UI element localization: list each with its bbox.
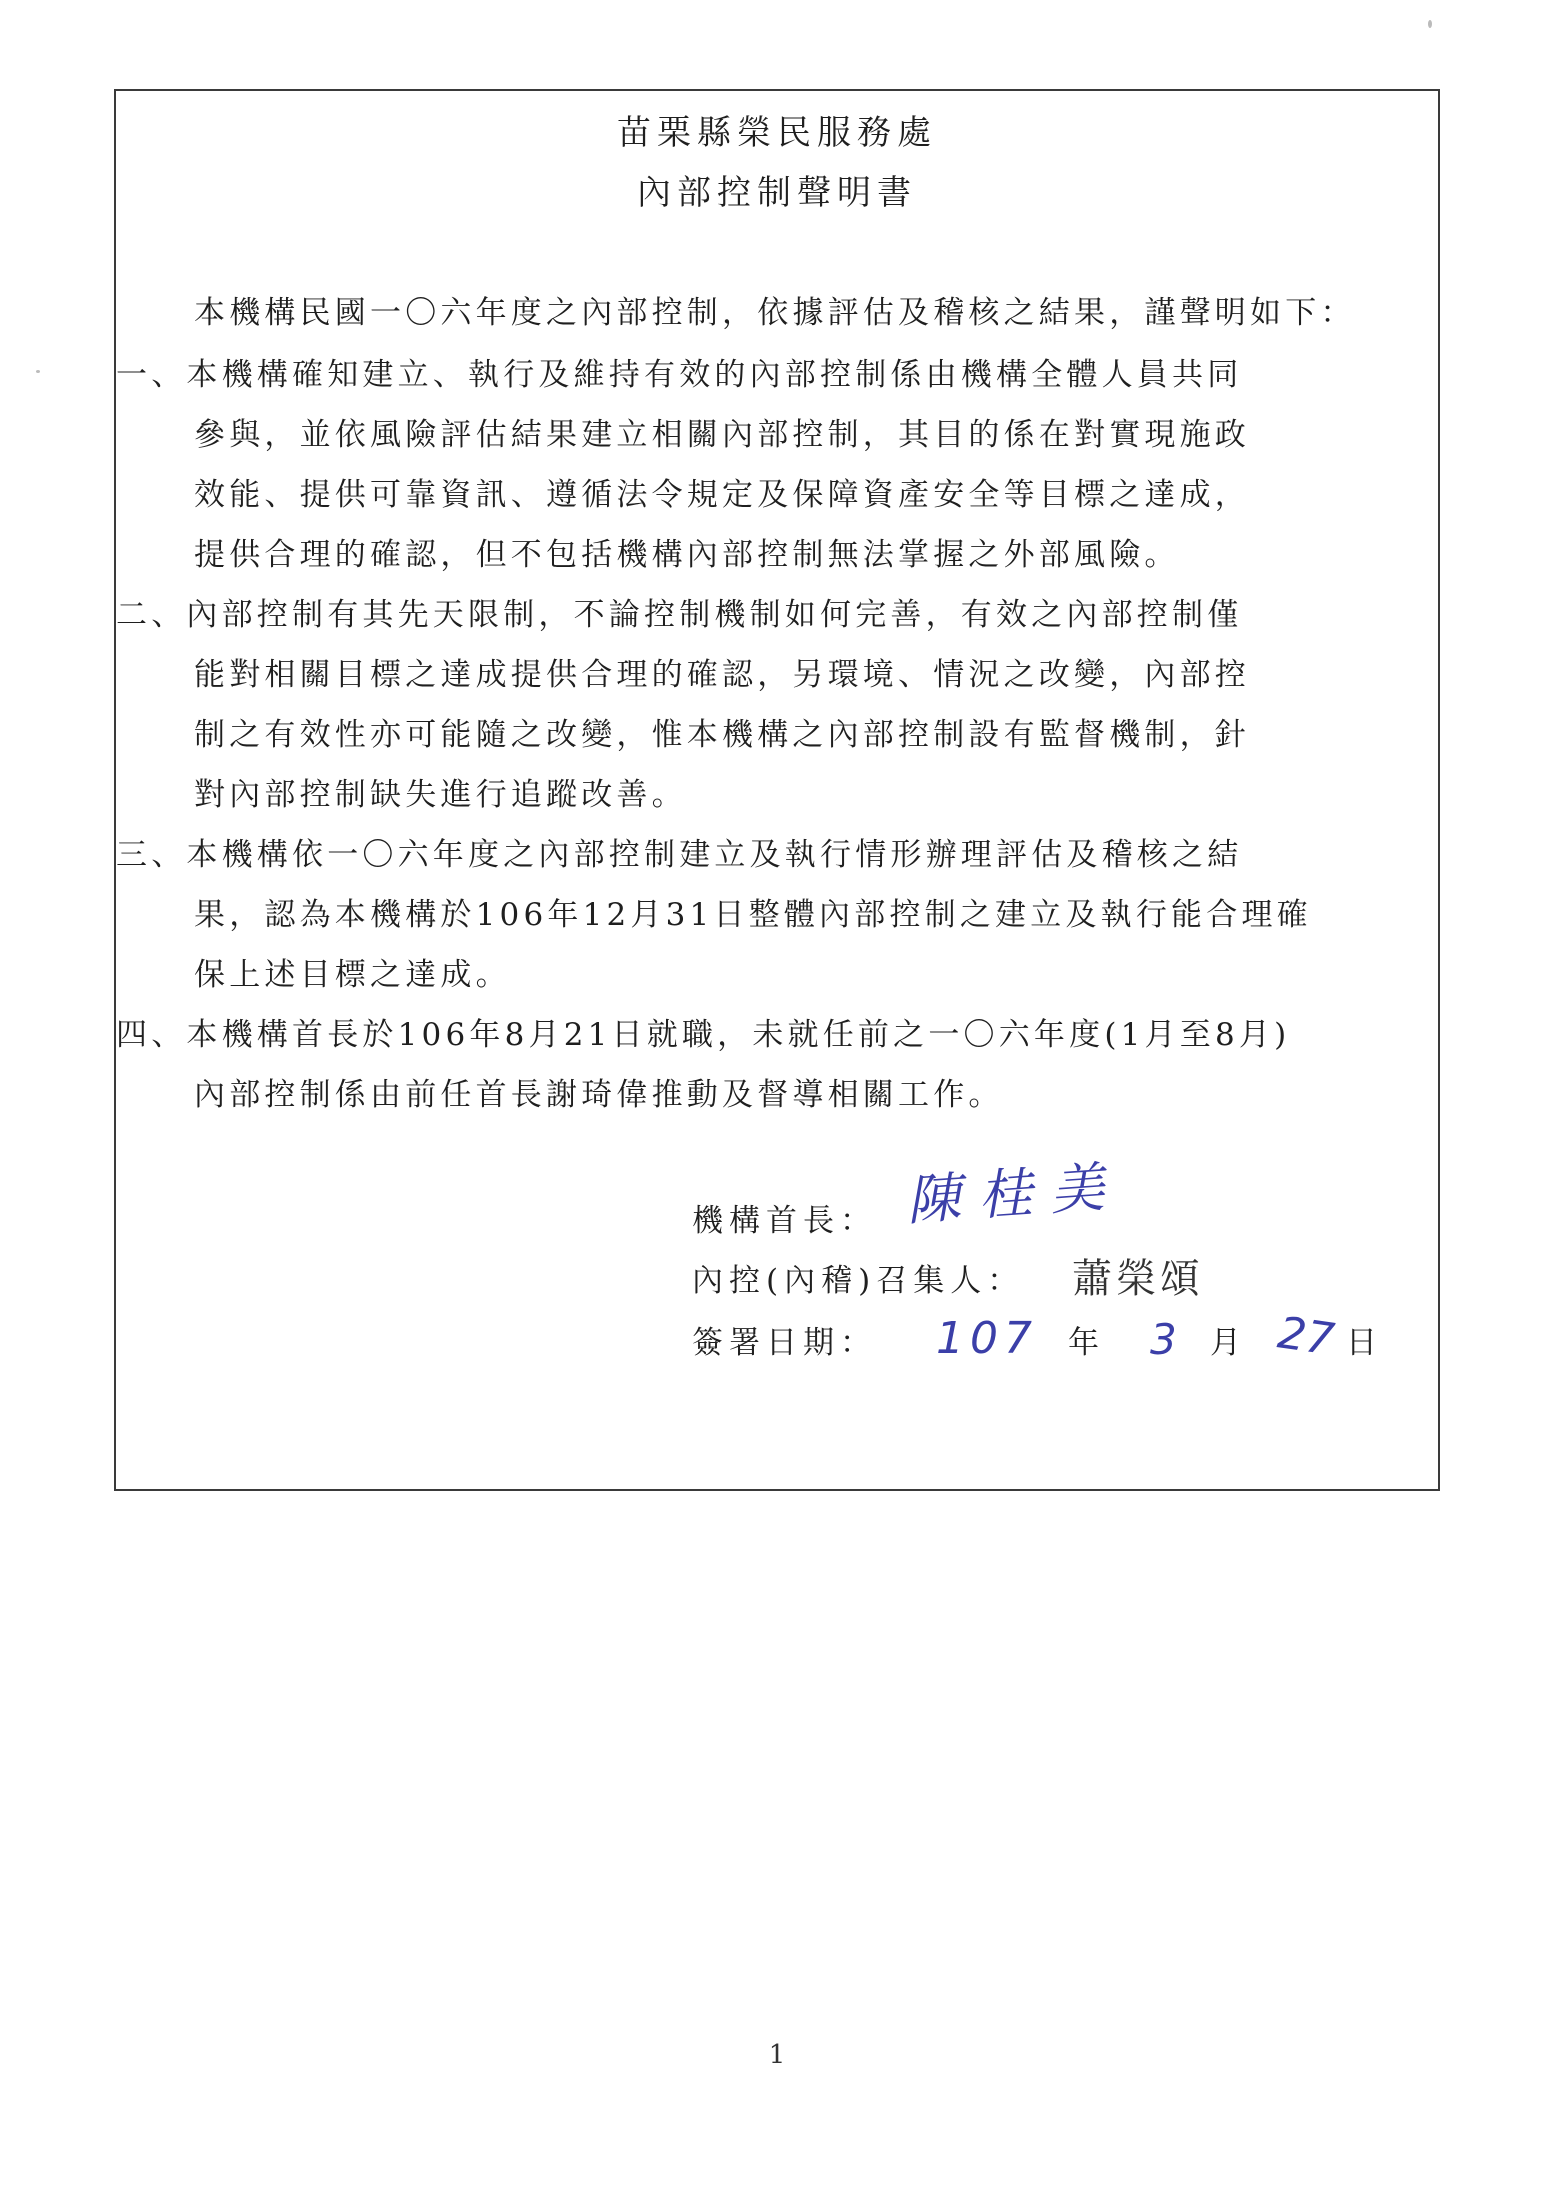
page-number: 1 — [0, 2040, 1554, 2070]
item-1-line-2: 參與，並依風險評估結果建立相關內部控制，其目的係在對實現施政 — [194, 409, 1250, 454]
item-1-line-3: 效能、提供可靠資訊、遵循法令規定及保障資產安全等目標之達成， — [194, 469, 1250, 514]
scan-speck — [36, 370, 40, 373]
date-year-handwritten: 107 — [936, 1313, 1038, 1364]
item-2-line-2: 能對相關目標之達成提供合理的確認，另環境、情況之改變，內部控 — [194, 649, 1250, 694]
scan-speck — [1428, 20, 1432, 28]
convener-label: 內控(內稽)召集人： — [692, 1255, 1024, 1300]
item-3-line-3: 保上述目標之達成。 — [194, 949, 511, 994]
date-year-unit: 年 — [1068, 1317, 1105, 1362]
head-label: 機構首長： — [692, 1195, 877, 1240]
date-label: 簽署日期： — [692, 1317, 877, 1362]
item-1-line-4: 提供合理的確認，但不包括機構內部控制無法掌握之外部風險。 — [194, 529, 1180, 574]
date-month-handwritten: 3 — [1150, 1315, 1177, 1364]
date-day-unit: 日 — [1346, 1317, 1383, 1362]
convener-signature: 蕭榮頌 — [1072, 1247, 1204, 1304]
head-signature: 陳桂美 — [904, 1144, 1125, 1236]
item-3-line-2: 果，認為本機構於106年12月31日整體內部控制之建立及執行能合理確 — [194, 889, 1312, 934]
statement-frame: 苗栗縣榮民服務處 內部控制聲明書 本機構民國一〇六年度之內部控制，依據評估及稽核… — [114, 89, 1440, 1491]
date-month-unit: 月 — [1210, 1317, 1247, 1362]
item-1-line-1: 一、本機構確知建立、執行及維持有效的內部控制係由機構全體人員共同 — [116, 349, 1242, 394]
item-2-line-1: 二、內部控制有其先天限制，不論控制機制如何完善，有效之內部控制僅 — [116, 589, 1242, 634]
item-4-line-2: 內部控制係由前任首長謝琦偉推動及督導相關工作。 — [194, 1069, 1004, 1114]
date-day-handwritten: 27 — [1275, 1307, 1338, 1365]
item-4-line-1: 四、本機構首長於106年8月21日就職，未就任前之一〇六年度(1月至8月) — [116, 1009, 1290, 1054]
document-title: 內部控制聲明書 — [116, 165, 1438, 214]
organization-title: 苗栗縣榮民服務處 — [116, 105, 1438, 154]
item-3-line-1: 三、本機構依一〇六年度之內部控制建立及執行情形辦理評估及稽核之結 — [116, 829, 1242, 874]
item-2-line-3: 制之有效性亦可能隨之改變，惟本機構之內部控制設有監督機制，針 — [194, 709, 1250, 754]
intro-paragraph: 本機構民國一〇六年度之內部控制，依據評估及稽核之結果，謹聲明如下： — [194, 287, 1356, 332]
item-2-line-4: 對內部控制缺失進行追蹤改善。 — [194, 769, 687, 814]
